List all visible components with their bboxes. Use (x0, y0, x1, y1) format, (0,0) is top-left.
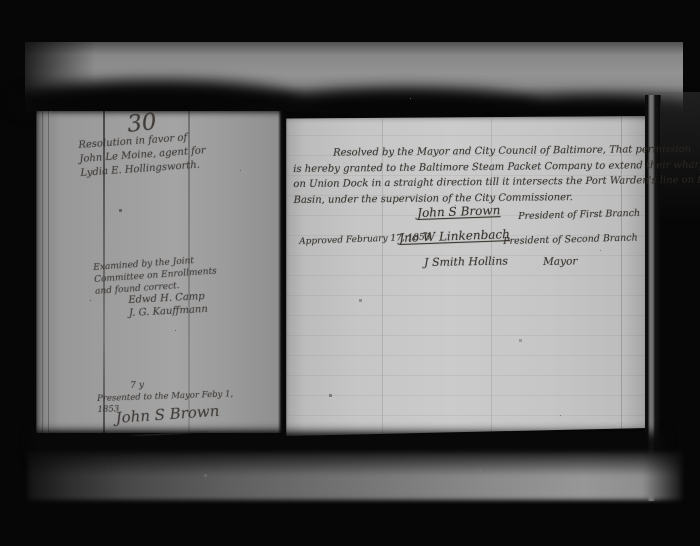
resolution-text: Resolved by the Mayor and City Council o… (293, 142, 648, 208)
docket-note: Resolution in favor of John Le Moine, ag… (78, 130, 207, 181)
film-bottom-band (28, 452, 682, 500)
page-edge-lines (36, 111, 52, 433)
committee-signatures: Edwd H. Camp J. G. Kauffmann (128, 290, 208, 320)
microfilm-scan: 30 Resolution in favor of John Le Moine,… (0, 0, 700, 546)
film-speckles (0, 0, 1, 1)
signature-first-branch-president: John S Brown (417, 203, 501, 220)
mayor-signature: J Smith Hollins (424, 255, 508, 269)
mayor-title: Mayor (543, 255, 578, 268)
presented-mark: 7 y (130, 380, 144, 391)
